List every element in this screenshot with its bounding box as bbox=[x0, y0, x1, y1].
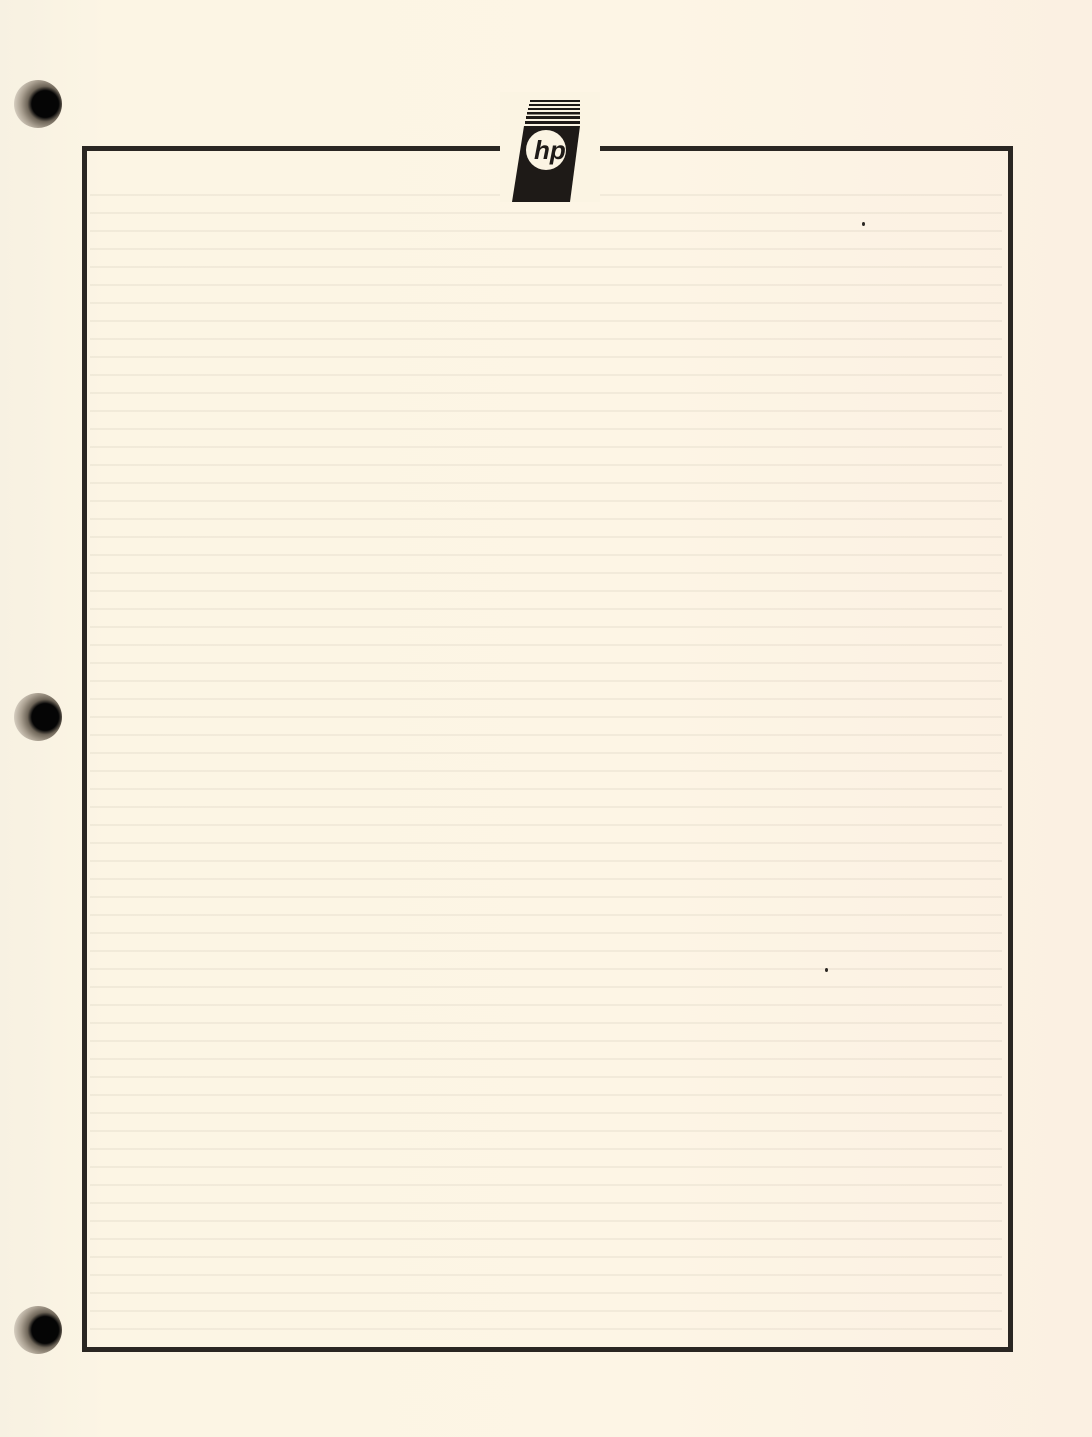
punch-hole-middle bbox=[14, 693, 62, 741]
hp-logo: hp bbox=[500, 92, 600, 202]
document-page: hp bbox=[0, 0, 1092, 1437]
ink-speck bbox=[825, 968, 828, 972]
punch-hole-top bbox=[14, 80, 62, 128]
hp-logo-icon: hp bbox=[500, 92, 600, 202]
ink-speck bbox=[862, 222, 865, 226]
page-border-frame bbox=[82, 146, 1013, 1352]
svg-text:hp: hp bbox=[534, 135, 566, 165]
punch-hole-bottom bbox=[14, 1306, 62, 1354]
